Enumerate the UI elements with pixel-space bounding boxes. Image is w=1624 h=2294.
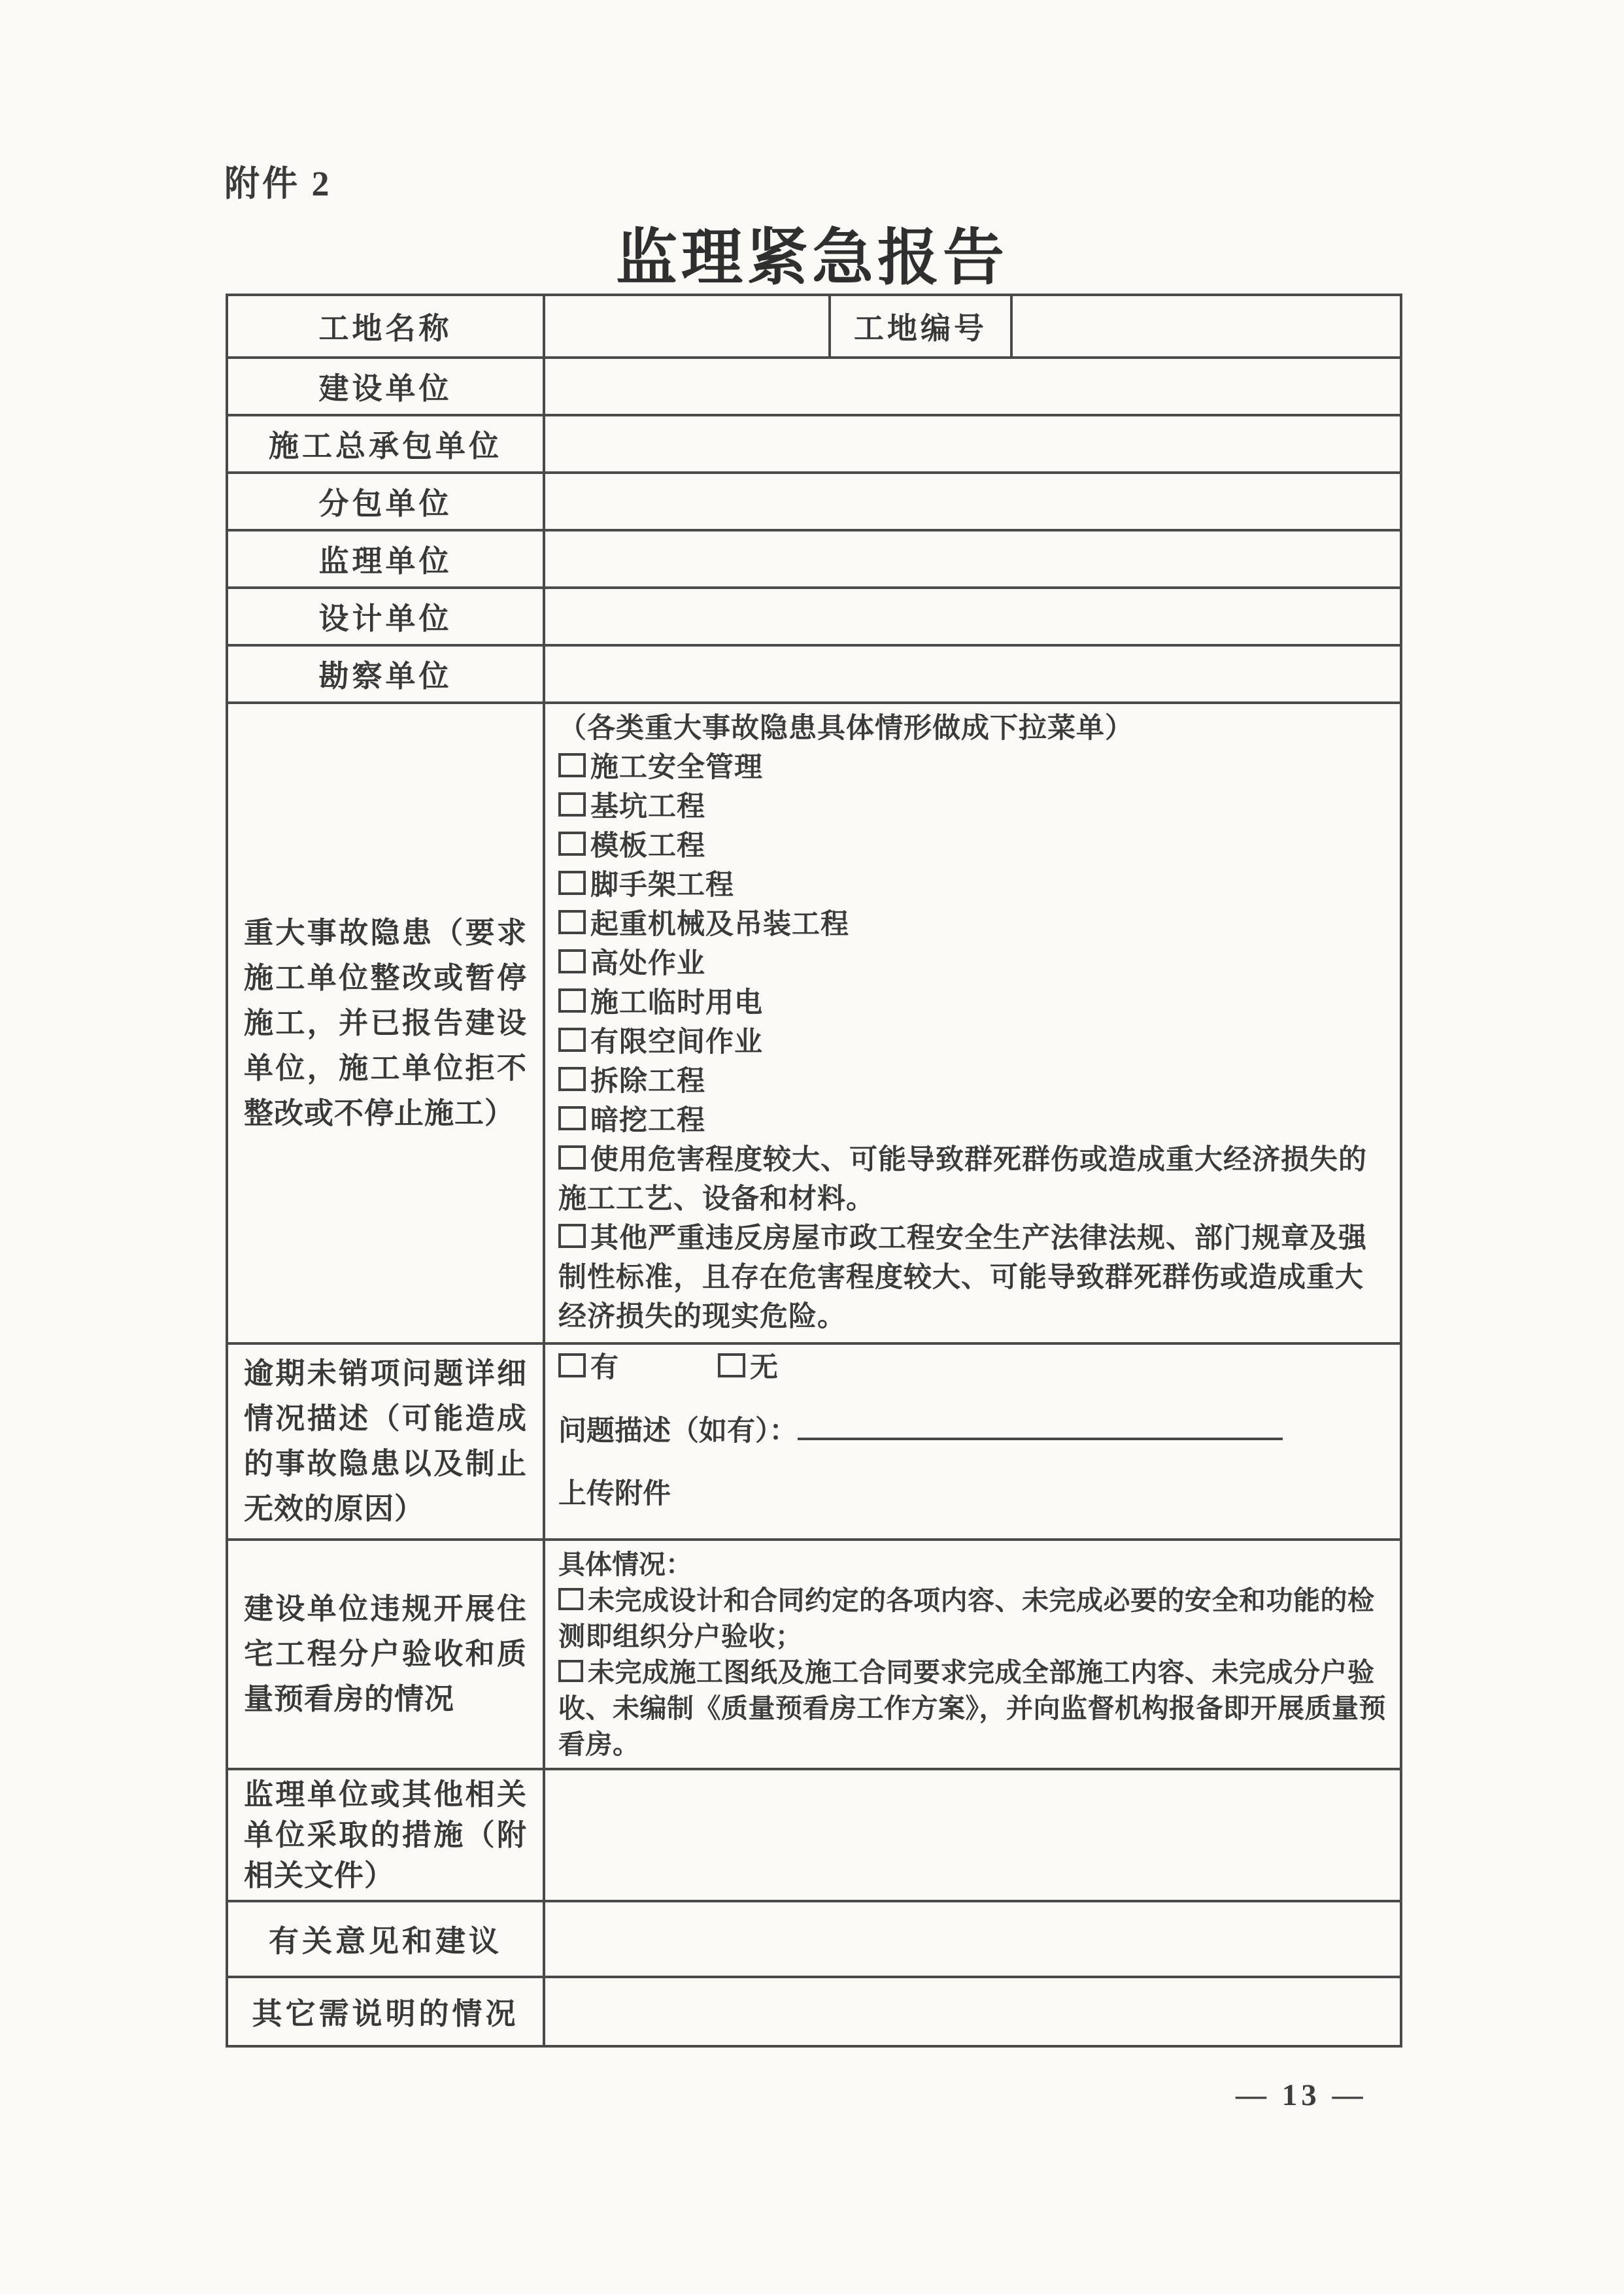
table-row-acceptance-violation: 建设单位违规开展住宅工程分户验收和质量预看房的情况 具体情况： 未完成设计和合同… <box>227 1540 1401 1769</box>
construction-unit-value-cell[interactable] <box>544 358 1401 415</box>
hazard-option-label: 有限空间作业 <box>590 1027 763 1058</box>
hazard-option-label: 脚手架工程 <box>590 870 734 901</box>
table-row-opinions: 有关意见和建议 <box>227 1901 1401 1977</box>
general-contractor-value-cell[interactable] <box>544 415 1401 473</box>
hazard-option: 施工临时用电 <box>558 984 1387 1023</box>
table-row-supervision-unit: 监理单位 <box>227 530 1401 588</box>
hazard-option-label: 暗挖工程 <box>590 1105 705 1136</box>
table-row-major-hazard: 重大事故隐患（要求施工单位整改或暂停施工，并已报告建设单位，施工单位拒不整改或不… <box>227 703 1401 1343</box>
checkbox-icon[interactable] <box>558 1588 583 1610</box>
hazard-option-label: 其他严重违反房屋市政工程安全生产法律法规、部门规章及强制性标准，且存在危害程度较… <box>558 1223 1367 1332</box>
overdue-items-content-cell: 有无 问题描述（如有）： 上传附件 <box>544 1343 1401 1540</box>
checkbox-icon[interactable] <box>558 949 586 973</box>
problem-description-label: 问题描述（如有）： <box>558 1416 798 1447</box>
site-code-value-cell[interactable] <box>1011 295 1401 358</box>
table-row-site: 工地名称 工地编号 <box>227 295 1401 358</box>
table-row-survey-unit: 勘察单位 <box>227 645 1401 703</box>
checkbox-icon[interactable] <box>558 832 586 856</box>
supervision-unit-value-cell[interactable] <box>544 530 1401 588</box>
construction-unit-label: 建设单位 <box>227 358 544 415</box>
attachment-label: 附件 2 <box>224 156 332 206</box>
table-row-design-unit: 设计单位 <box>227 588 1401 645</box>
hazard-option: 有限空间作业 <box>558 1023 1387 1062</box>
hazard-option-label: 施工临时用电 <box>590 988 763 1019</box>
no-label: 无 <box>750 1353 778 1383</box>
acceptance-option-label: 未完成施工图纸及施工合同要求完成全部施工内容、未完成分户验收、未编制《质量预看房… <box>558 1657 1386 1759</box>
checkbox-icon[interactable] <box>558 1660 583 1682</box>
yes-label: 有 <box>590 1353 618 1383</box>
overdue-items-label: 逾期未销项问题详细情况描述（可能造成的事故隐患以及制止无效的原因） <box>227 1343 544 1540</box>
hazard-option: 高处作业 <box>558 945 1387 984</box>
hazard-option: 拆除工程 <box>558 1062 1387 1102</box>
survey-unit-label: 勘察单位 <box>227 645 544 703</box>
detail-label: 具体情况： <box>558 1546 1387 1583</box>
hazard-option: 基坑工程 <box>558 788 1387 827</box>
measures-value-cell[interactable] <box>544 1769 1401 1901</box>
measures-label: 监理单位或其他相关单位采取的措施（附相关文件） <box>227 1769 544 1901</box>
hazard-option: 使用危害程度较大、可能导致群死群伤或造成重大经济损失的施工工艺、设备和材料。 <box>558 1141 1387 1219</box>
problem-description-blank[interactable] <box>798 1409 1283 1440</box>
site-code-label: 工地编号 <box>830 295 1011 358</box>
general-contractor-label: 施工总承包单位 <box>227 415 544 473</box>
checkbox-icon[interactable] <box>558 1106 586 1130</box>
checkbox-icon[interactable] <box>558 1145 586 1170</box>
checkbox-icon[interactable] <box>558 910 586 934</box>
hazard-option-label: 高处作业 <box>590 949 705 979</box>
table-row-general-contractor: 施工总承包单位 <box>227 415 1401 473</box>
problem-description-line: 问题描述（如有）： <box>558 1409 1387 1450</box>
scanned-page: 附件 2 监理紧急报告 工地名称 工地编号 建设单位 施工总承包单位 分包单位 <box>0 0 1624 2294</box>
opinions-value-cell[interactable] <box>544 1901 1401 1977</box>
survey-unit-value-cell[interactable] <box>544 645 1401 703</box>
design-unit-label: 设计单位 <box>227 588 544 645</box>
checkbox-icon[interactable] <box>558 988 586 1013</box>
hazard-option-label: 起重机械及吊装工程 <box>590 909 849 940</box>
major-hazard-content-cell: （各类重大事故隐患具体情形做成下拉菜单） 施工安全管理 基坑工程 模板工程 脚手… <box>544 703 1401 1343</box>
subcontractor-label: 分包单位 <box>227 473 544 530</box>
acceptance-option: 未完成设计和合同约定的各项内容、未完成必要的安全和功能的检测即组织分户验收； <box>558 1583 1387 1655</box>
hazard-option: 其他严重违反房屋市政工程安全生产法律法规、部门规章及强制性标准，且存在危害程度较… <box>558 1219 1387 1337</box>
table-row-other-notes: 其它需说明的情况 <box>227 1977 1401 2046</box>
report-form-table: 工地名称 工地编号 建设单位 施工总承包单位 分包单位 监理单位 设计单位 勘察… <box>226 294 1402 2048</box>
subcontractor-value-cell[interactable] <box>544 473 1401 530</box>
page-number: — 13 — <box>1236 2078 1367 2113</box>
site-name-label: 工地名称 <box>227 295 544 358</box>
acceptance-option-label: 未完成设计和合同约定的各项内容、未完成必要的安全和功能的检测即组织分户验收； <box>558 1585 1375 1651</box>
table-row-measures: 监理单位或其他相关单位采取的措施（附相关文件） <box>227 1769 1401 1901</box>
other-notes-value-cell[interactable] <box>544 1977 1401 2046</box>
site-name-value-cell[interactable] <box>544 295 830 358</box>
table-row-overdue-items: 逾期未销项问题详细情况描述（可能造成的事故隐患以及制止无效的原因） 有无 问题描… <box>227 1343 1401 1540</box>
hazard-option: 起重机械及吊装工程 <box>558 905 1387 945</box>
acceptance-violation-content-cell: 具体情况： 未完成设计和合同约定的各项内容、未完成必要的安全和功能的检测即组织分… <box>544 1540 1401 1769</box>
checkbox-icon[interactable] <box>558 1028 586 1052</box>
other-notes-label: 其它需说明的情况 <box>227 1977 544 2046</box>
checkbox-icon[interactable] <box>558 1067 586 1091</box>
checkbox-icon[interactable] <box>558 1224 586 1248</box>
hazard-option-label: 施工安全管理 <box>590 752 763 783</box>
acceptance-violation-label: 建设单位违规开展住宅工程分户验收和质量预看房的情况 <box>227 1540 544 1769</box>
dropdown-note: （各类重大事故隐患具体情形做成下拉菜单） <box>558 709 1387 749</box>
acceptance-option: 未完成施工图纸及施工合同要求完成全部施工内容、未完成分户验收、未编制《质量预看房… <box>558 1655 1387 1763</box>
checkbox-icon[interactable] <box>558 871 586 895</box>
no-checkbox-icon[interactable] <box>718 1353 745 1377</box>
upload-attachment-label[interactable]: 上传附件 <box>558 1476 1387 1513</box>
yes-no-line: 有无 <box>558 1350 1387 1387</box>
checkbox-icon[interactable] <box>558 792 586 817</box>
hazard-option: 模板工程 <box>558 827 1387 866</box>
hazard-option-label: 基坑工程 <box>590 792 705 822</box>
opinions-label: 有关意见和建议 <box>227 1901 544 1977</box>
hazard-option-label: 拆除工程 <box>590 1066 705 1097</box>
major-hazard-label: 重大事故隐患（要求施工单位整改或暂停施工，并已报告建设单位，施工单位拒不整改或不… <box>227 703 544 1343</box>
checkbox-icon[interactable] <box>558 753 586 777</box>
yes-checkbox-icon[interactable] <box>558 1353 586 1377</box>
hazard-option-label: 模板工程 <box>590 831 705 862</box>
hazard-option-label: 使用危害程度较大、可能导致群死群伤或造成重大经济损失的施工工艺、设备和材料。 <box>558 1145 1367 1215</box>
design-unit-value-cell[interactable] <box>544 588 1401 645</box>
supervision-unit-label: 监理单位 <box>227 530 544 588</box>
page-title: 监理紧急报告 <box>0 208 1624 296</box>
hazard-option: 脚手架工程 <box>558 866 1387 905</box>
hazard-option: 施工安全管理 <box>558 749 1387 788</box>
table-row-construction-unit: 建设单位 <box>227 358 1401 415</box>
table-row-subcontractor: 分包单位 <box>227 473 1401 530</box>
hazard-option: 暗挖工程 <box>558 1102 1387 1141</box>
